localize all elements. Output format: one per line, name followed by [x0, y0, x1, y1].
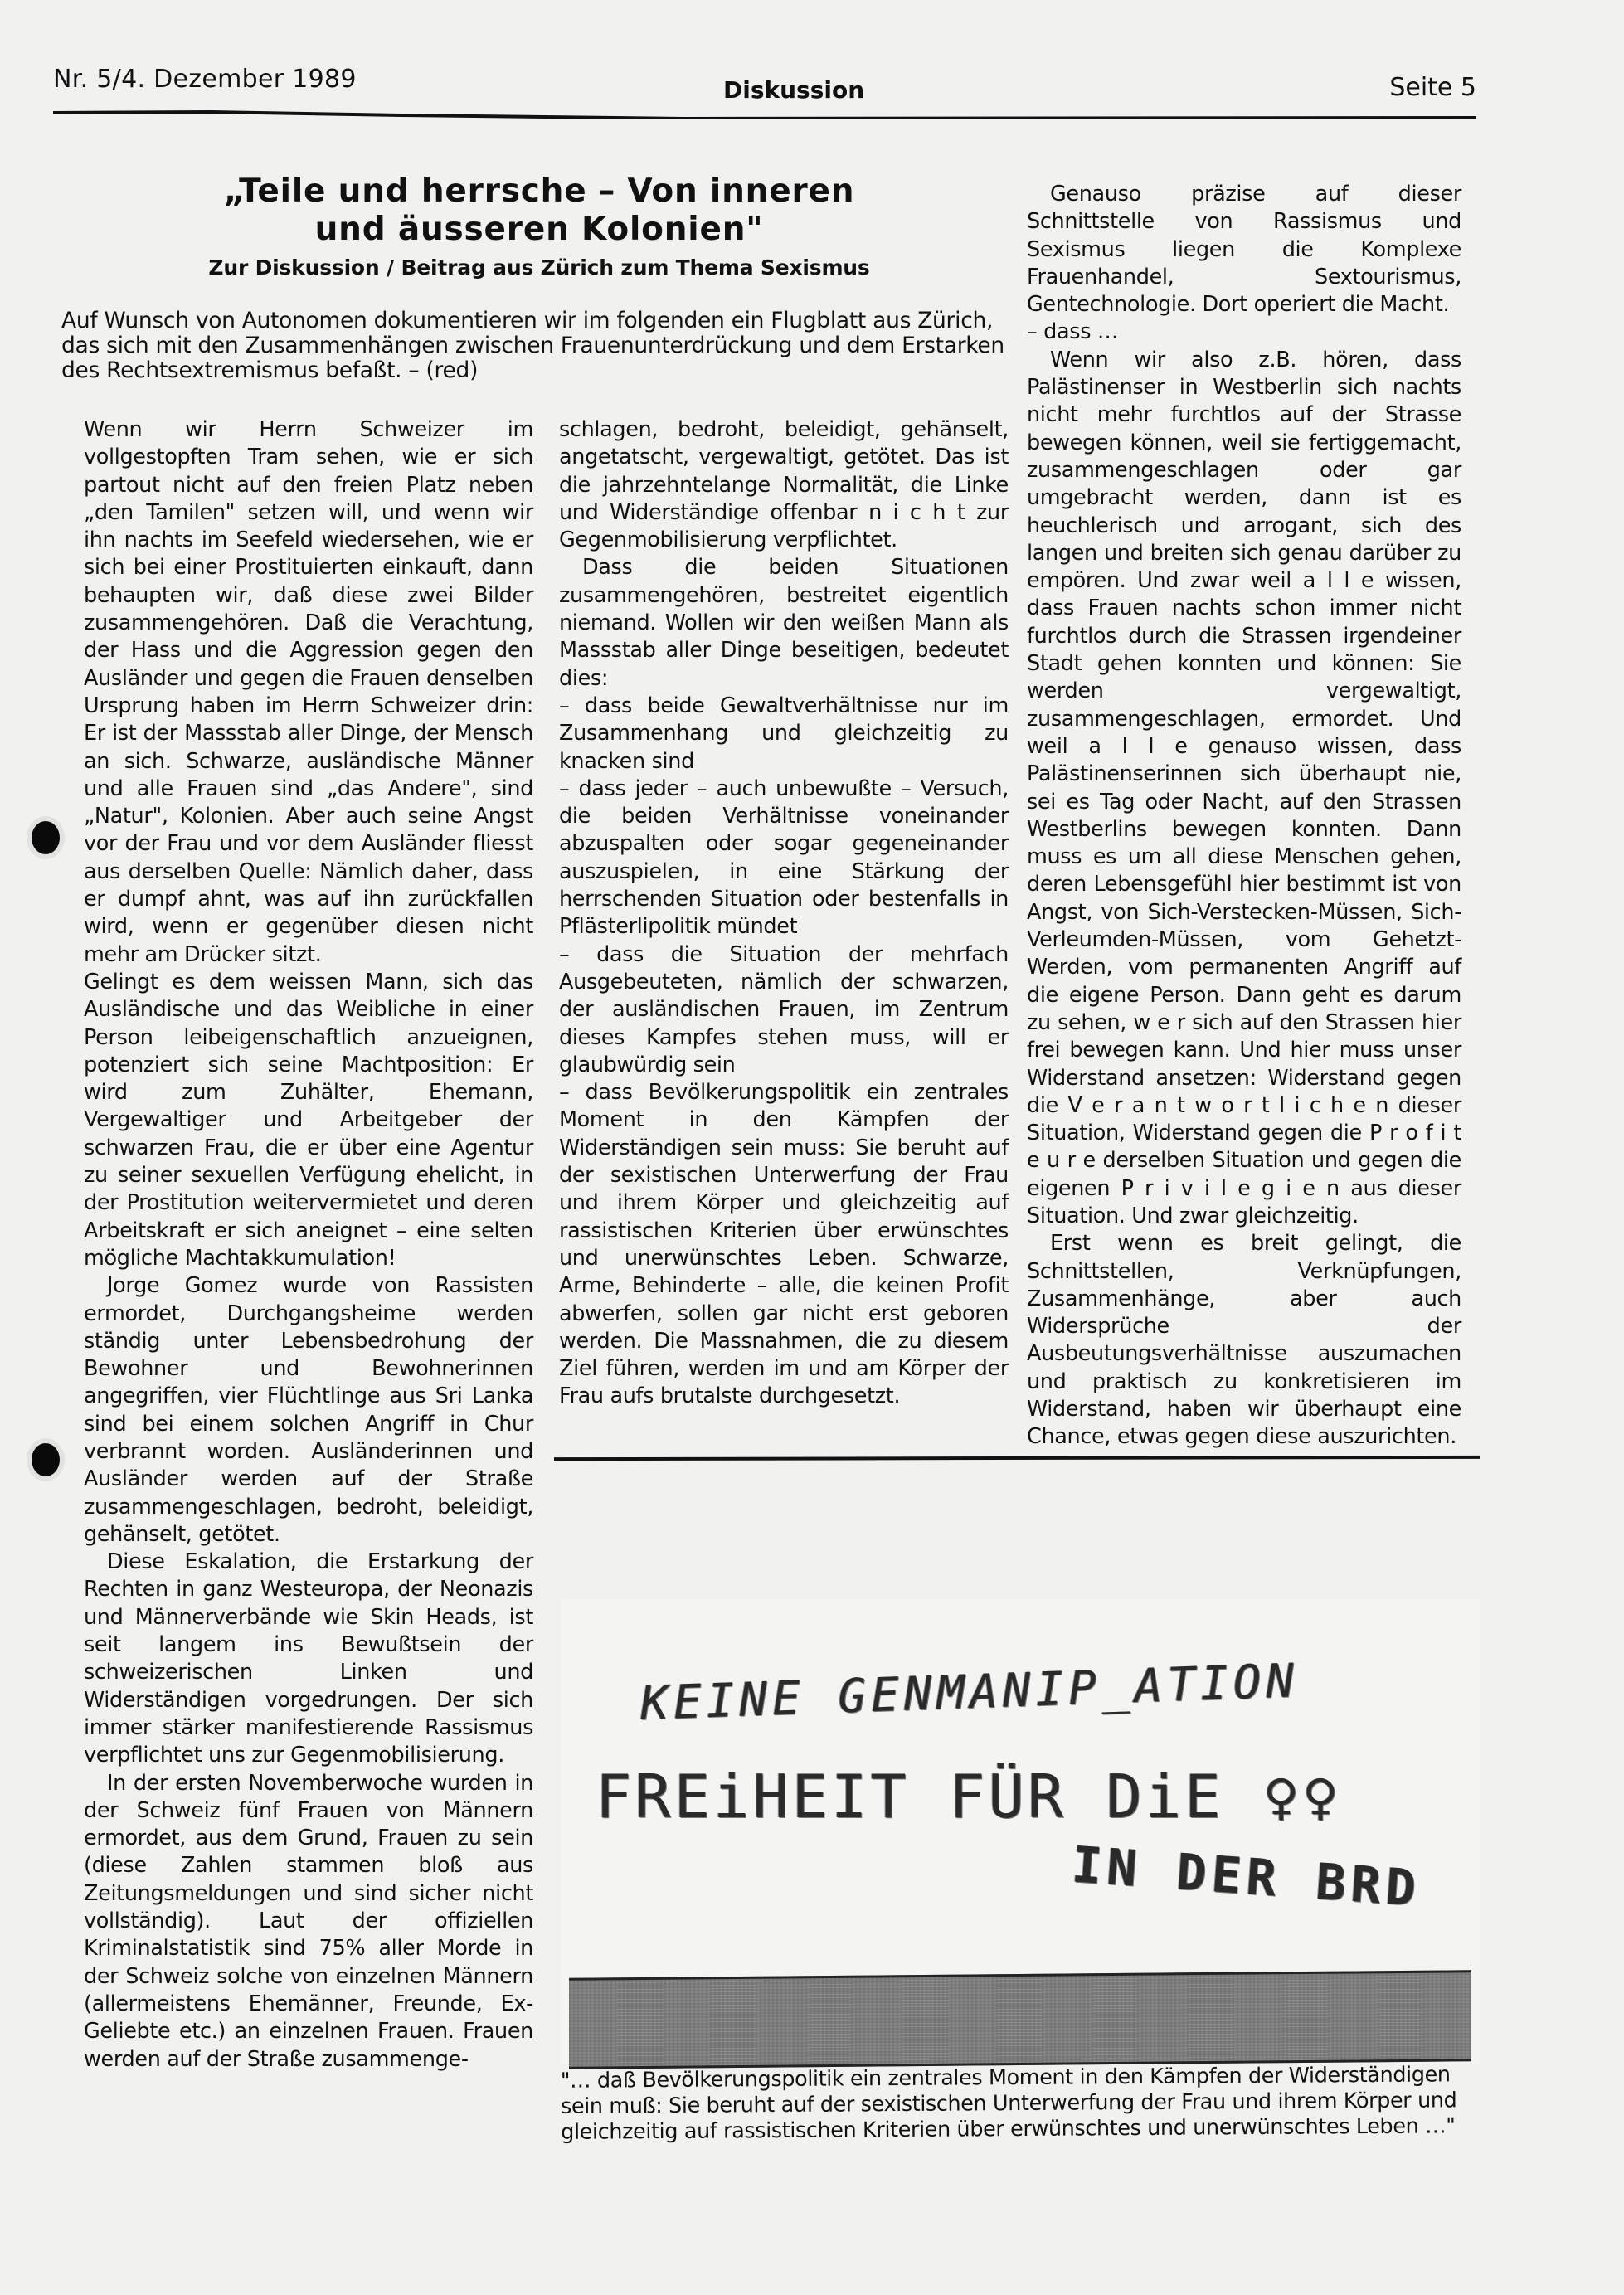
section-divider — [554, 1456, 1480, 1461]
paragraph: Erst wenn es breit gelingt, die Schnitts… — [1027, 1230, 1461, 1451]
text-column-1: Wenn wir Herrn Schweizer im vollgestopft… — [84, 416, 533, 2074]
graffiti-line-2: FREiHEIT FÜR DiE ♀♀ — [596, 1762, 1342, 1831]
graffiti-photo: KEINE GENMANIP_ATION FREiHEIT FÜR DiE ♀♀… — [561, 1599, 1480, 2064]
header-rule — [53, 109, 1476, 119]
photo-caption: "… daß Bevölkerungspolitik ein zentrales… — [561, 2062, 1482, 2146]
punch-hole-icon — [32, 821, 60, 854]
paragraph: Diese Eskalation, die Erstarkung der Rec… — [84, 1549, 533, 1769]
paragraph: Wenn wir Herrn Schweizer im vollgestopft… — [84, 416, 533, 969]
section-label: Diskussion — [723, 76, 864, 104]
paragraph: Dass die beiden Situationen zusammengehö… — [559, 554, 1009, 692]
text-column-2: schlagen, bedroht, beleidigt, gehänselt,… — [559, 416, 1009, 1411]
list-item: – dass beide Gewaltverhältnisse nur im Z… — [559, 693, 1009, 776]
paragraph: In der ersten Novemberwoche wurden in de… — [84, 1770, 533, 2074]
punch-hole-icon — [32, 1443, 60, 1476]
page-number: Seite 5 — [1389, 73, 1476, 102]
page-header: Nr. 5/4. Dezember 1989 Diskussion Seite … — [53, 65, 1476, 114]
title-line-1: „Teile und herrsche – Von inneren — [224, 173, 855, 210]
article-title: „Teile und herrsche – Von inneren und äu… — [166, 173, 912, 249]
paragraph: Jorge Gomez wurde von Rassisten ermordet… — [84, 1272, 533, 1549]
title-line-2: und äusseren Kolonien" — [315, 211, 764, 248]
paragraph: Genauso präzise auf dieser Schnittstelle… — [1027, 181, 1461, 318]
issue-date: Nr. 5/4. Dezember 1989 — [53, 65, 357, 94]
text-column-3: Genauso präzise auf dieser Schnittstelle… — [1027, 181, 1461, 1451]
editorial-intro: Auf Wunsch von Autonomen dokumentieren w… — [61, 309, 1005, 383]
list-item: – dass … — [1027, 318, 1461, 346]
photo-ground-band — [569, 1970, 1471, 2069]
paragraph: schlagen, bedroht, beleidigt, gehänselt,… — [559, 416, 1009, 554]
paragraph: Wenn wir also z.B. hören, dass Palästine… — [1027, 347, 1461, 1231]
list-item: – dass die Situation der mehrfach Ausgeb… — [559, 941, 1009, 1079]
graffiti-line-3: IN DER BRD — [1070, 1836, 1422, 1918]
graffiti-line-1: KEINE GENMANIP_ATION — [639, 1654, 1300, 1731]
article-heading: „Teile und herrsche – Von inneren und äu… — [166, 173, 912, 280]
article-subtitle: Zur Diskussion / Beitrag aus Zürich zum … — [166, 255, 912, 280]
list-item: – dass jeder – auch unbewußte – Versuch,… — [559, 776, 1009, 941]
paragraph: Gelingt es dem weissen Mann, sich das Au… — [84, 969, 533, 1272]
list-item: – dass Bevölkerungspolitik ein zentrales… — [559, 1079, 1009, 1411]
